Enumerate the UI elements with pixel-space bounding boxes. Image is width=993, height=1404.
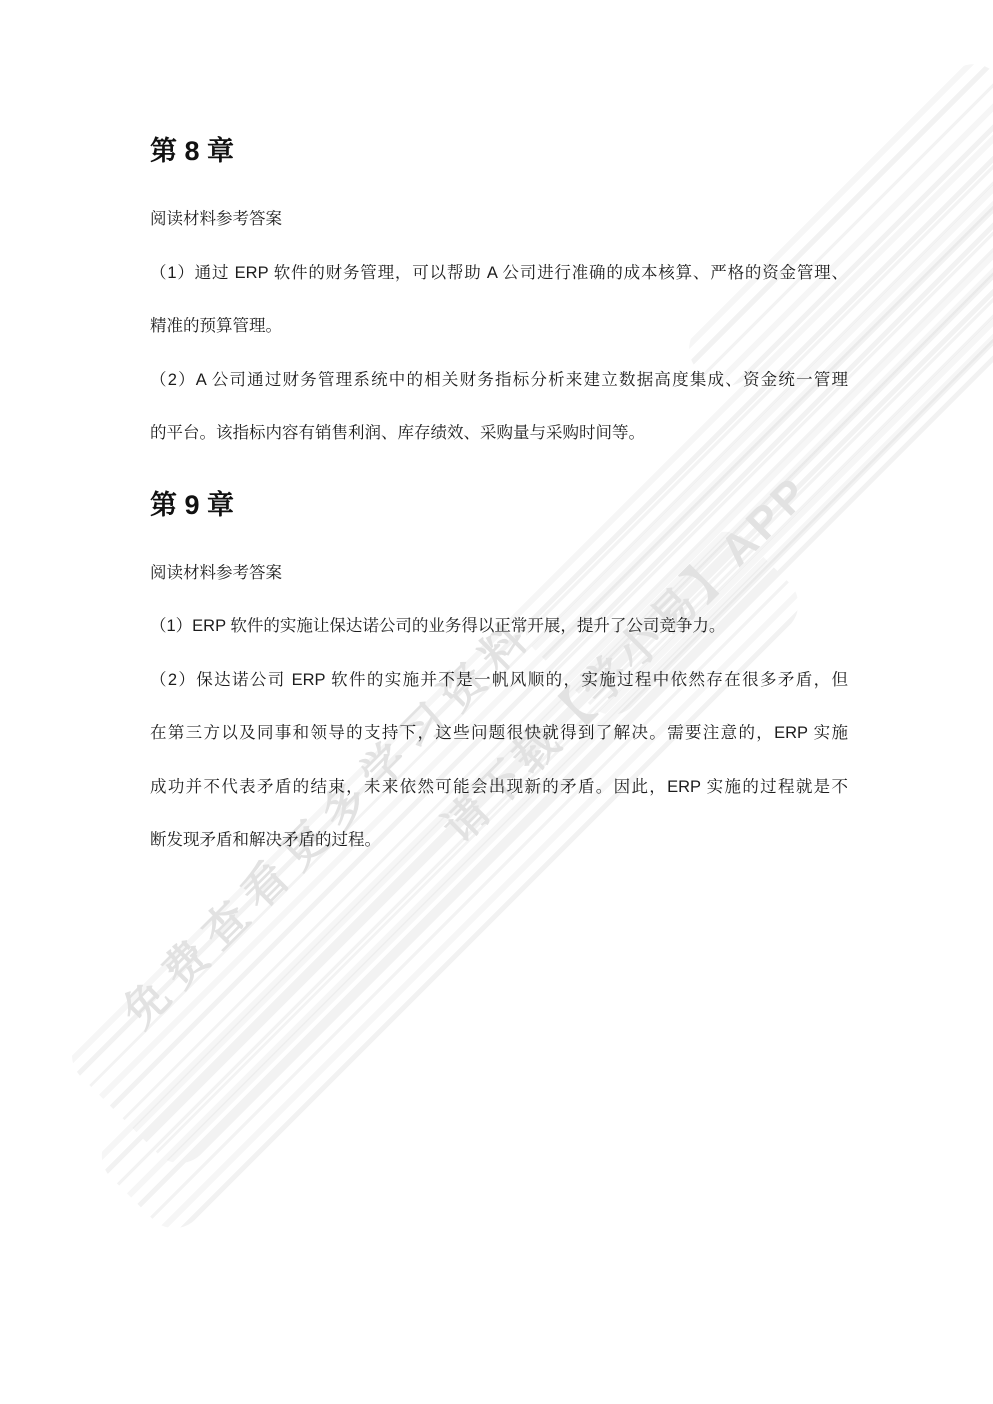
paragraph-line: （1）ERP 软件的实施让保达诺公司的业务得以正常开展，提升了公司竞争力。 <box>150 600 848 654</box>
paragraph-line: （1）通过 ERP 软件的财务管理，可以帮助 A 公司进行准确的成本核算、严格的… <box>150 247 848 301</box>
document-content: 第 8 章 阅读材料参考答案 （1）通过 ERP 软件的财务管理，可以帮助 A … <box>150 133 848 868</box>
chapter-8-heading: 第 8 章 <box>150 133 848 169</box>
paragraph-line: 在第三方以及同事和领导的支持下，这些问题很快就得到了解决。需要注意的，ERP 实… <box>150 707 848 761</box>
paragraph-line: 精准的预算管理。 <box>150 300 848 354</box>
paragraph-line: （2）A 公司通过财务管理系统中的相关财务指标分析来建立数据高度集成、资金统一管… <box>150 354 848 408</box>
paragraph-line: 成功并不代表矛盾的结束，未来依然可能会出现新的矛盾。因此，ERP 实施的过程就是… <box>150 761 848 815</box>
chapter-9-heading: 第 9 章 <box>150 487 848 523</box>
paragraph-line: （2）保达诺公司 ERP 软件的实施并不是一帆风顺的，实施过程中依然存在很多矛盾… <box>150 654 848 708</box>
paragraph-line: 断发现矛盾和解决矛盾的过程。 <box>150 814 848 868</box>
paragraph-line: 的平台。该指标内容有销售利润、库存绩效、采购量与采购时间等。 <box>150 407 848 461</box>
document-page: 免费查看更多学习资料 请下载【学小易】APP 第 8 章 阅读材料参考答案 （1… <box>0 0 993 1404</box>
chapter-9-subheading: 阅读材料参考答案 <box>150 547 848 601</box>
chapter-8-subheading: 阅读材料参考答案 <box>150 193 848 247</box>
